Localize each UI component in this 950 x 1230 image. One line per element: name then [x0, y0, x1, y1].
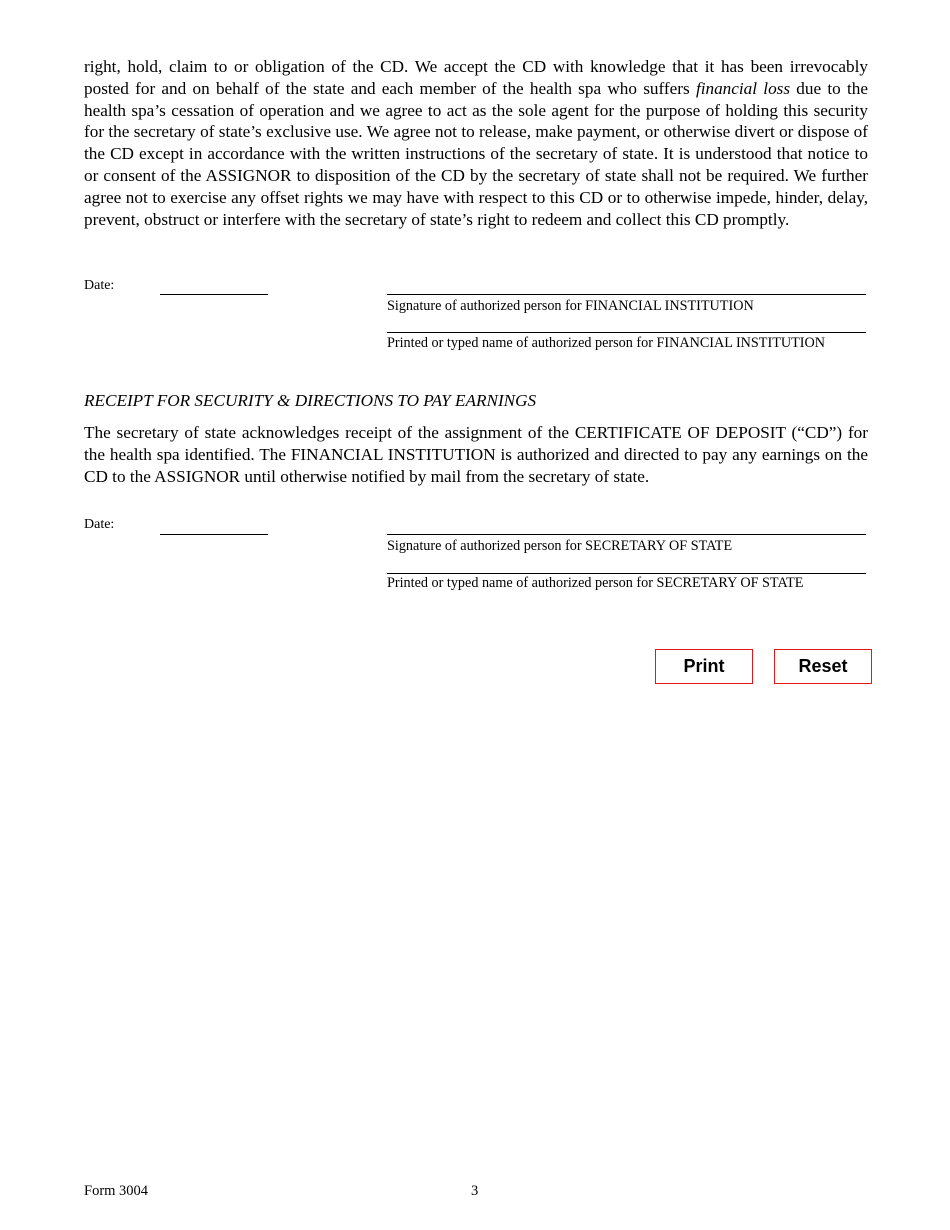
sos-signature-field[interactable]: [387, 534, 866, 535]
emphasized-text: financial loss: [696, 79, 790, 98]
fi-printed-name-field[interactable]: [387, 332, 866, 333]
fi-date-label: Date:: [84, 278, 114, 294]
sos-signature-caption: Signature of authorized person for SECRE…: [387, 538, 732, 555]
fi-signature-caption: Signature of authorized person for FINAN…: [387, 298, 754, 315]
paragraph-text: due to the health spa’s cessation of ope…: [84, 79, 868, 229]
sos-date-label: Date:: [84, 517, 114, 533]
print-button[interactable]: Print: [655, 649, 753, 684]
sos-date-field[interactable]: [160, 534, 268, 535]
page-number: 3: [471, 1183, 478, 1200]
fi-printed-name-caption: Printed or typed name of authorized pers…: [387, 335, 825, 352]
assignment-paragraph: right, hold, claim to or obligation of t…: [84, 56, 868, 230]
sos-printed-name-field[interactable]: [387, 573, 866, 574]
sos-printed-name-caption: Printed or typed name of authorized pers…: [387, 575, 803, 592]
reset-button[interactable]: Reset: [774, 649, 872, 684]
fi-date-field[interactable]: [160, 294, 268, 295]
receipt-heading: RECEIPT FOR SECURITY & DIRECTIONS TO PAY…: [84, 391, 536, 411]
fi-signature-field[interactable]: [387, 294, 866, 295]
form-number: Form 3004: [84, 1183, 148, 1200]
receipt-paragraph: The secretary of state acknowledges rece…: [84, 422, 868, 487]
